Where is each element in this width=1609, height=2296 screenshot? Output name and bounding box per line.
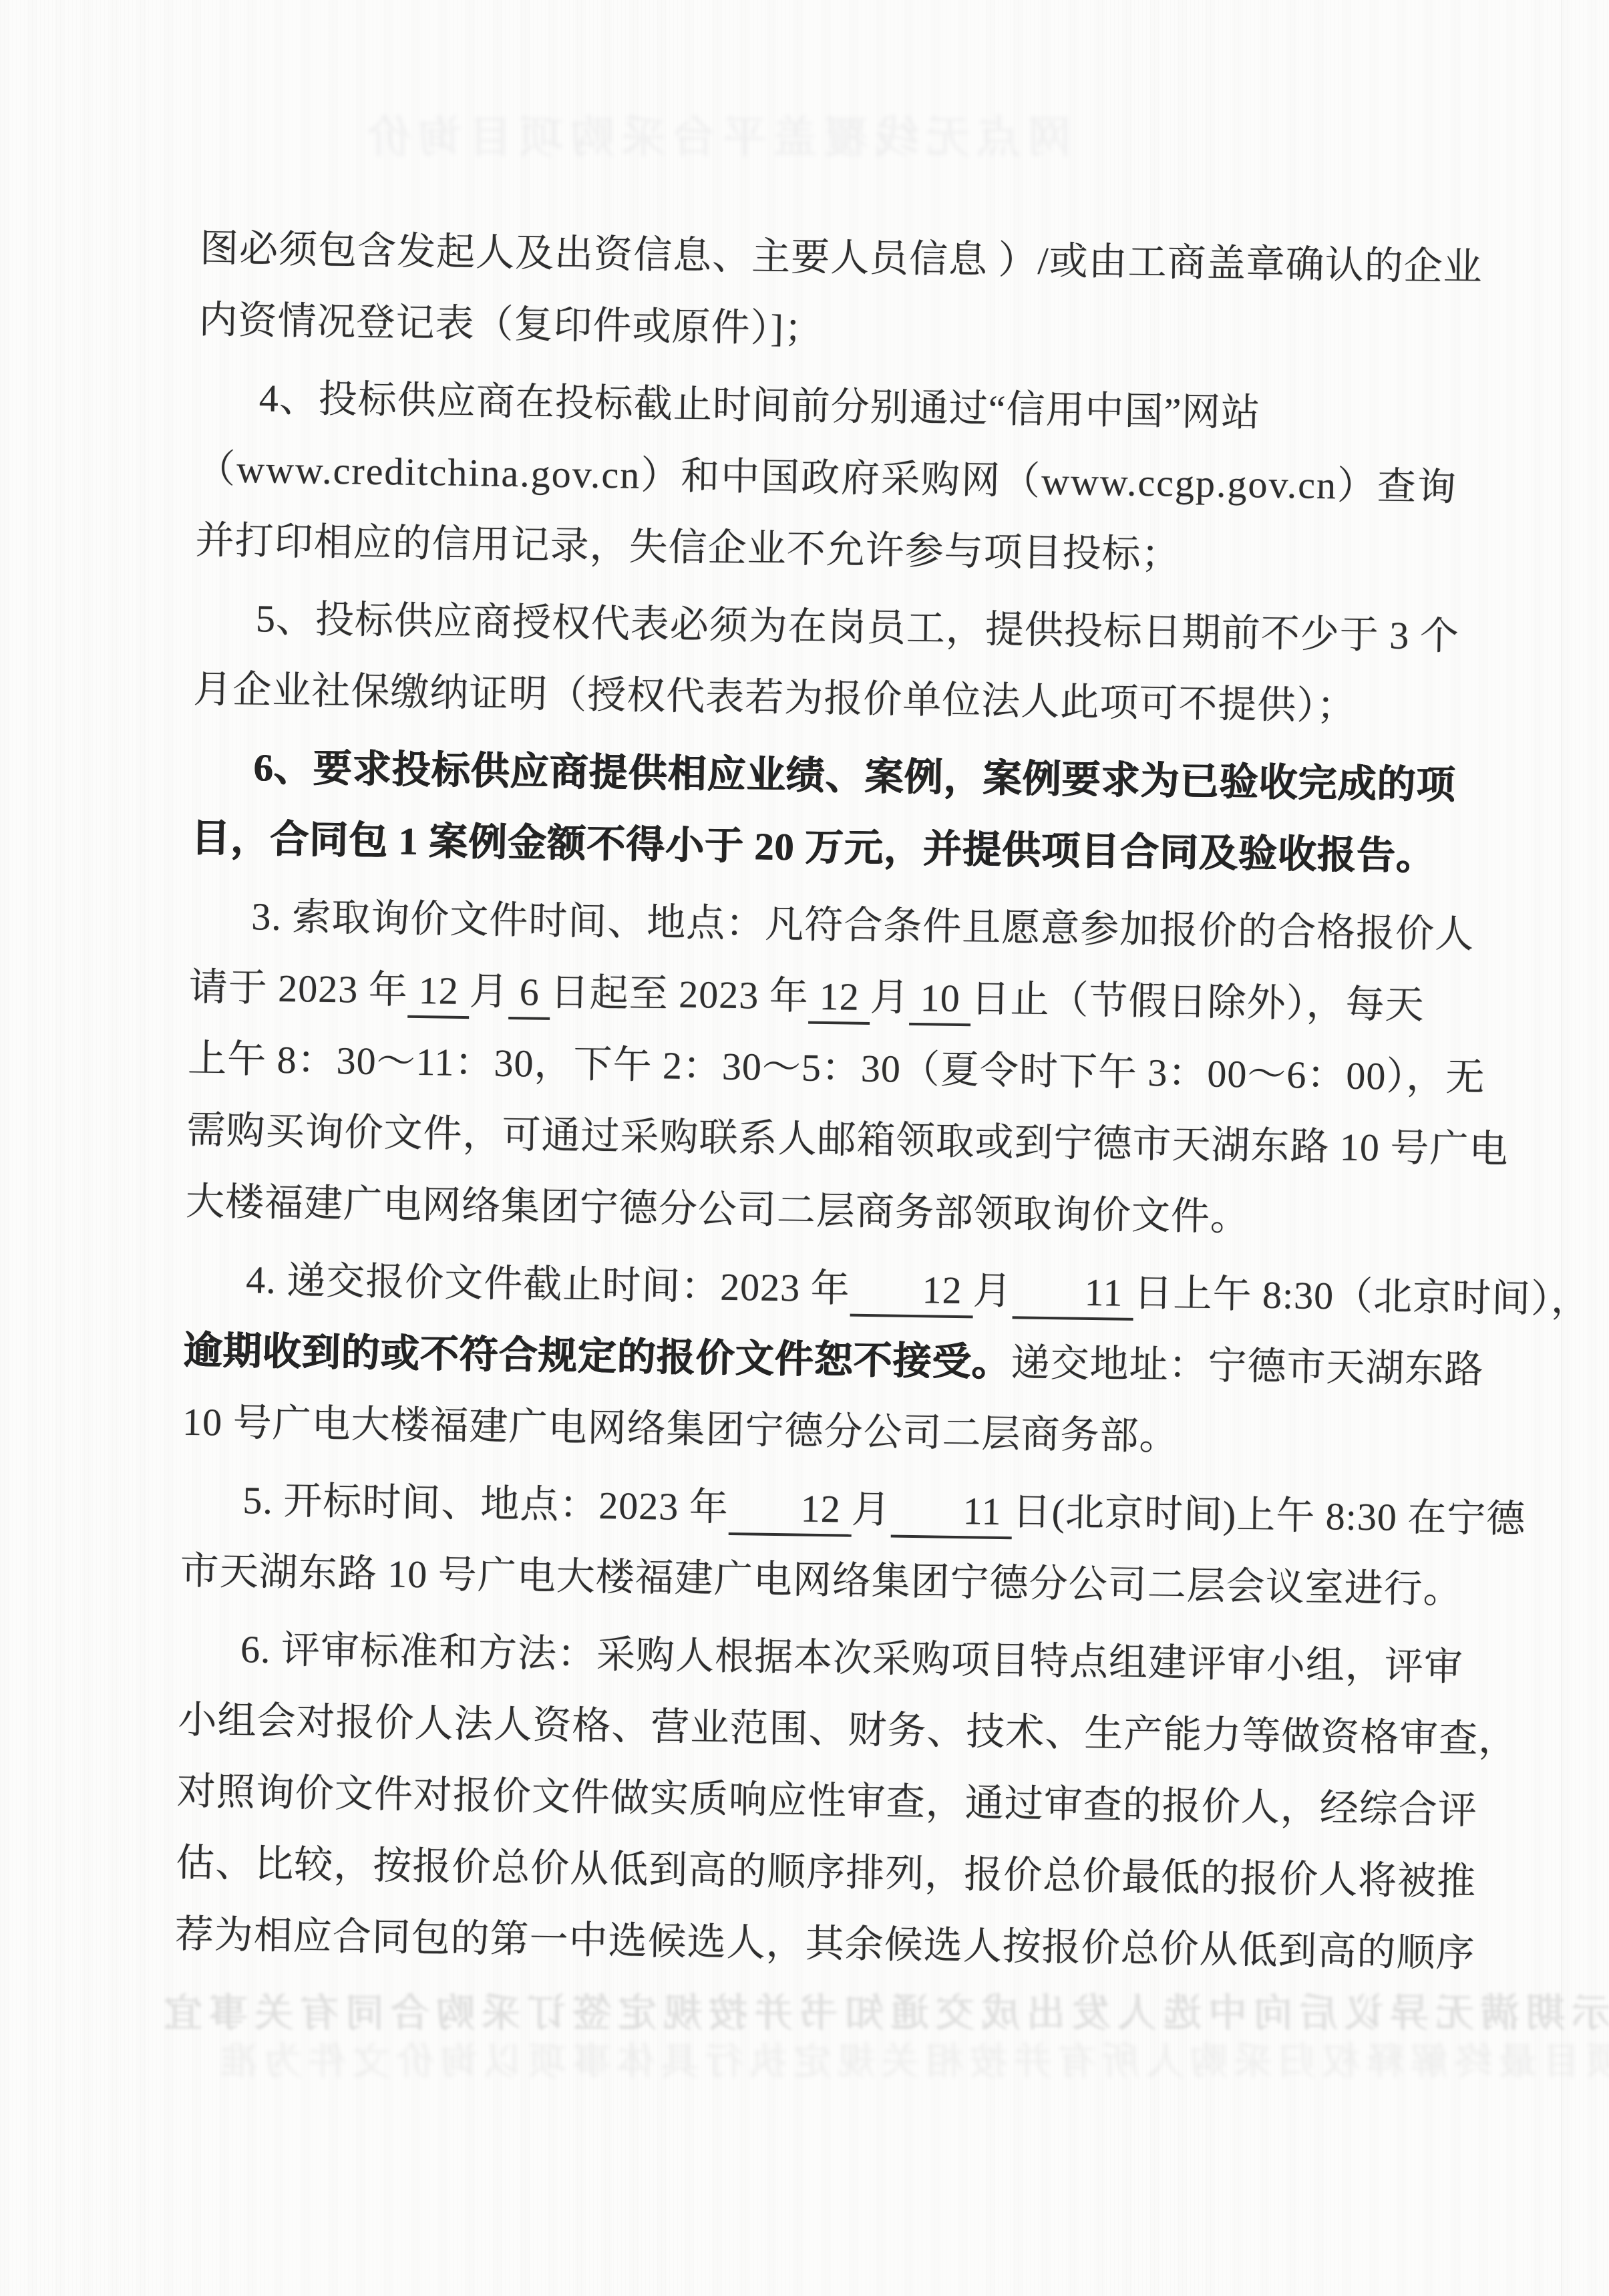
text-segment: 日上午 8:30（北京时间），: [1133, 1271, 1591, 1321]
underlined-date-value: 12: [728, 1483, 852, 1537]
text-segment: 大楼福建广电网络集团宁德分公司二层商务部领取询价文件。: [186, 1180, 1250, 1239]
text-segment: 4. 递交报价文件截止时间：2023 年: [246, 1258, 850, 1310]
text-segment: 递交地址：宁德市天湖东路: [1011, 1341, 1484, 1391]
underlined-date-value: 12: [808, 972, 870, 1025]
text-segment: 估、比较，按报价总价从低到高的顺序排列，报价总价最低的报价人将被推: [176, 1841, 1477, 1904]
text-segment: 请于 2023 年: [188, 965, 408, 1012]
text-segment: （www.creditchina.gov.cn）和中国政府采购网（www.ccg…: [196, 447, 1458, 509]
scanned-document-page: 网点无线覆盖平台采购项目询价 图必须包含发起人及出资信息、主要人员信息 ）/或由…: [0, 0, 1609, 2296]
underlined-date-value: 10: [909, 973, 971, 1026]
text-segment: 月: [469, 969, 509, 1013]
underlined-date-value: 12: [850, 1265, 973, 1319]
underlined-date-value: 11: [890, 1486, 1013, 1540]
text-segment: 上午 8：30～11：30，下午 2：30～5：30（夏令时下午 3：00～6：…: [188, 1037, 1485, 1100]
text-segment: 4、投标供应商在投标截止时间前分别通过“信用中国”网站: [258, 376, 1260, 434]
text-segment: 月企业社保缴纳证明（授权代表若为报价单位法人此项可不提供）；: [193, 667, 1357, 728]
text-segment: 并打印相应的信用记录，失信企业不允许参与项目投标；: [195, 518, 1181, 577]
text-segment: 日(北京时间)上午 8:30 在宁德: [1012, 1490, 1526, 1540]
text-segment: 日止（节假日除外），每天: [970, 977, 1425, 1027]
underlined-date-value: 12: [407, 966, 470, 1019]
scan-edge-artifact: [1561, 0, 1562, 2296]
text-segment: 月: [851, 1488, 891, 1532]
text-segment: 6、要求投标供应商提供相应业绩、案例，案例要求为已验收完成的项: [253, 746, 1456, 807]
text-segment: 10 号广电大楼福建广电网络集团宁德分公司二层商务部。: [182, 1400, 1179, 1458]
bleedthrough-artifact-top: 网点无线覆盖平台采购项目询价: [361, 102, 1071, 165]
text-segment: 荐为相应合同包的第一中选候选人，其余候选人按报价总价从低到高的顺序: [174, 1913, 1475, 1975]
document-lines: 图必须包含发起人及出资信息、主要人员信息 ）/或由工商盖章确认的企业内资情况登记…: [174, 212, 1419, 1988]
text-segment: 内资情况登记表（复印件或原件）]；: [198, 298, 824, 351]
text-segment: 目，合同包 1 案例金额不得小于 20 万元，并提供项目合同及验收报告。: [191, 816, 1436, 878]
underlined-date-value: 6: [508, 967, 550, 1020]
text-segment: 需购买询价文件，可通过采购联系人邮箱领取或到宁德市天湖东路 10 号广电: [186, 1108, 1509, 1171]
text-segment: 图必须包含发起人及出资信息、主要人员信息 ）/或由工商盖章确认的企业: [200, 226, 1483, 289]
underlined-date-value: 11: [1012, 1267, 1134, 1321]
text-segment: 日起至 2023 年: [550, 971, 809, 1018]
text-segment: 逾期收到的或不符合规定的报价文件恕不接受。: [183, 1329, 1011, 1384]
text-segment: 6. 评审标准和方法：采购人根据本次采购项目特点组建评审小组，评审: [240, 1627, 1464, 1689]
text-segment: 小组会对报价人法人资格、营业范围、财务、技术、生产能力等做资格审查，: [178, 1698, 1518, 1762]
bleedthrough-artifact-bottom-1: 询价结果公示期满无异议后向中选人发出成交通知书并按规定签订采购合同有关事宜: [157, 1981, 1609, 2037]
text-segment: 市天湖东路 10 号广电大楼福建广电网络集团宁德分公司二层会议室进行。: [180, 1549, 1463, 1611]
text-segment: 3. 索取询价文件时间、地点：凡符合条件且愿意参加报价的合格报价人: [251, 894, 1475, 956]
text-segment: 月: [870, 975, 910, 1019]
bleedthrough-artifact-bottom-2: 本项目最终解释权归采购人所有并按相关规定执行具体事项以询价文件为准: [214, 2032, 1609, 2086]
text-segment: 对照询价文件对报价文件做实质响应性审查，通过审查的报价人，经综合评: [176, 1770, 1477, 1832]
text-segment: 月: [972, 1269, 1013, 1313]
text-segment: 5、投标供应商授权代表必须为在岗员工，提供投标日期前不少于 3 个: [256, 597, 1460, 658]
text-segment: 5. 开标时间、地点：2023 年: [242, 1478, 729, 1529]
